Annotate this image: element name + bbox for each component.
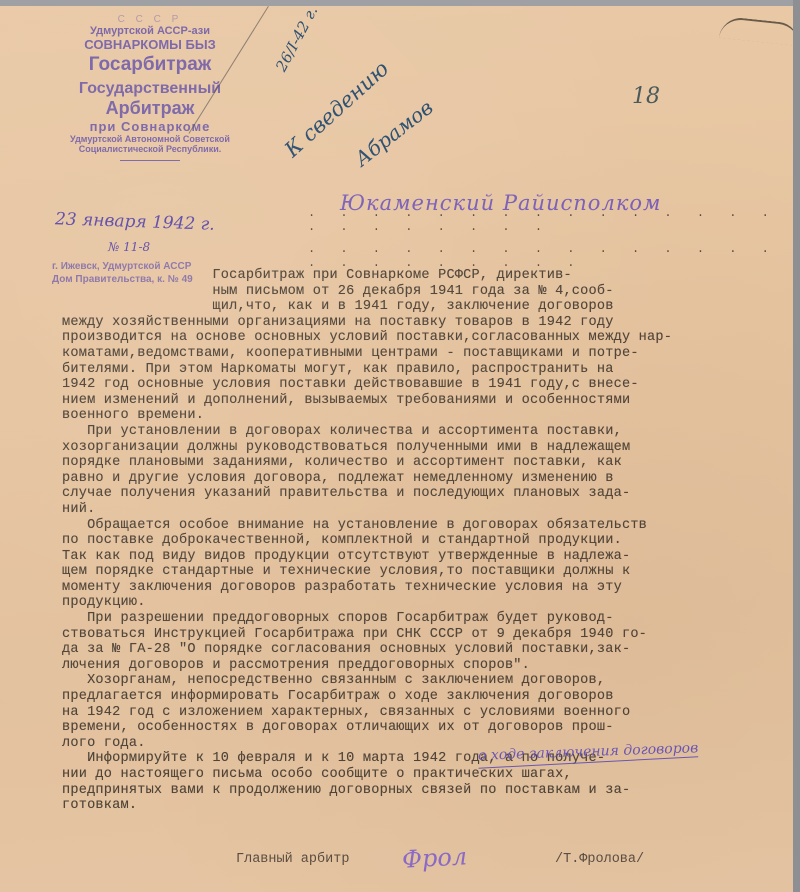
letter-line: готовкам. (62, 798, 778, 814)
letter-line: нием изменений и дополнений, вызываемых … (62, 393, 778, 409)
scan-edge (793, 0, 800, 892)
letter-line: коматами,ведомствами, кооперативными цен… (62, 346, 778, 362)
document-sheet: С С С Р Удмуртской АССР-ази СОВНАРКОМЫ Б… (0, 6, 793, 892)
organization-stamp: С С С Р Удмуртской АССР-ази СОВНАРКОМЫ Б… (30, 14, 270, 161)
letter-line: Госарбитраж при Совнаркоме РСФСР, директ… (62, 268, 778, 284)
stamp-line: при Совнаркоме (30, 119, 270, 134)
stamp-line: Государственный (30, 80, 270, 98)
letter-line: моменту заключения договоров разработать… (62, 580, 778, 596)
letter-line: военного времени. (62, 408, 778, 424)
stamp-line: С С С Р (30, 14, 270, 25)
handwritten-signature: Фрол (401, 842, 467, 873)
stamp-line: Социалистической Республики. (30, 144, 270, 154)
stamp-line: Госарбитраж (30, 54, 270, 76)
letter-line: щем порядке стандартные и технические ус… (62, 564, 778, 580)
letter-line: При установлении в договорах количества … (62, 424, 778, 440)
letter-line: При разрешении преддоговорных споров Гос… (62, 611, 778, 627)
letter-line: 1942 год основные условия поставки дейст… (62, 377, 778, 393)
letter-line: времени, особенностях в договорах отлича… (62, 720, 778, 736)
letter-line: нии до настоящего письма особо сообщите … (62, 767, 778, 783)
stamp-line: Арбитраж (30, 98, 270, 119)
letter-line: лючения договоров и рассмотрения преддог… (62, 658, 778, 674)
signatory-name: /Т.Фролова/ (555, 852, 644, 867)
letter-line: ным письмом от 26 декабря 1941 года за №… (62, 284, 778, 300)
stamp-line: СОВНАРКОМЫ БЫЗ (30, 37, 270, 52)
paper-curl (719, 16, 800, 46)
letter-line: хозорганизации должны руководствоваться … (62, 440, 778, 456)
letter-line: предпринятых вами к продолжению договорн… (62, 783, 778, 799)
letter-line: ствоваться Инструкцией Госарбитража при … (62, 627, 778, 643)
stamp-divider (120, 160, 180, 161)
letter-line: ний. (62, 502, 778, 518)
letter-line: Так как под виду видов продукции отсутст… (62, 549, 778, 565)
letter-line: случае получения указаний правительства … (62, 486, 778, 502)
page-number: 18 (632, 84, 660, 109)
letter-line: по поставке доброкачественной, комплектн… (62, 533, 778, 549)
letter-line: производится на основе основных условий … (62, 330, 778, 346)
stamp-line: Удмуртской АССР-ази (30, 25, 270, 37)
letter-line: порядке плановыми заданиями, количество … (62, 455, 778, 471)
letter-line: равно и другие условия договора, подлежа… (62, 471, 778, 487)
letter-line: щил,что, как и в 1941 году, заключение д… (62, 299, 778, 315)
resolution-date: 26/I-42 г. (272, 3, 321, 74)
letter-line: между хозяйственными организациями на по… (62, 315, 778, 331)
registration-number: № 11-8 (108, 240, 150, 254)
addressee-dotted-line: . . . . . . . . . . . . . . . . . . . . … (308, 206, 793, 234)
letter-line: Хозорганам, непосредственно связанным с … (62, 673, 778, 689)
letter-line: предлагается информировать Госарбитраж о… (62, 689, 778, 705)
resolution-signature: Абрамов (350, 95, 438, 171)
letter-line: да за № ГА-28 "О порядке согласования ос… (62, 642, 778, 658)
document-date: 23 января 1942 г. (55, 209, 215, 235)
stamp-line: Удмуртской Автономной Советской (30, 134, 270, 144)
letter-line: на 1942 год с изложением характерных, св… (62, 705, 778, 721)
addressee-dotted-line-2: . . . . . . . . . . . . . . . . . . . . … (308, 242, 793, 270)
letter-line: продукцию. (62, 595, 778, 611)
letter-line: бителями. При этом Наркоматы могут, как … (62, 362, 778, 378)
letter-line: Обращается особое внимание на установлен… (62, 518, 778, 534)
letter-body: Госарбитраж при Совнаркоме РСФСР, директ… (62, 268, 778, 814)
signatory-title: Главный арбитр (236, 852, 349, 867)
